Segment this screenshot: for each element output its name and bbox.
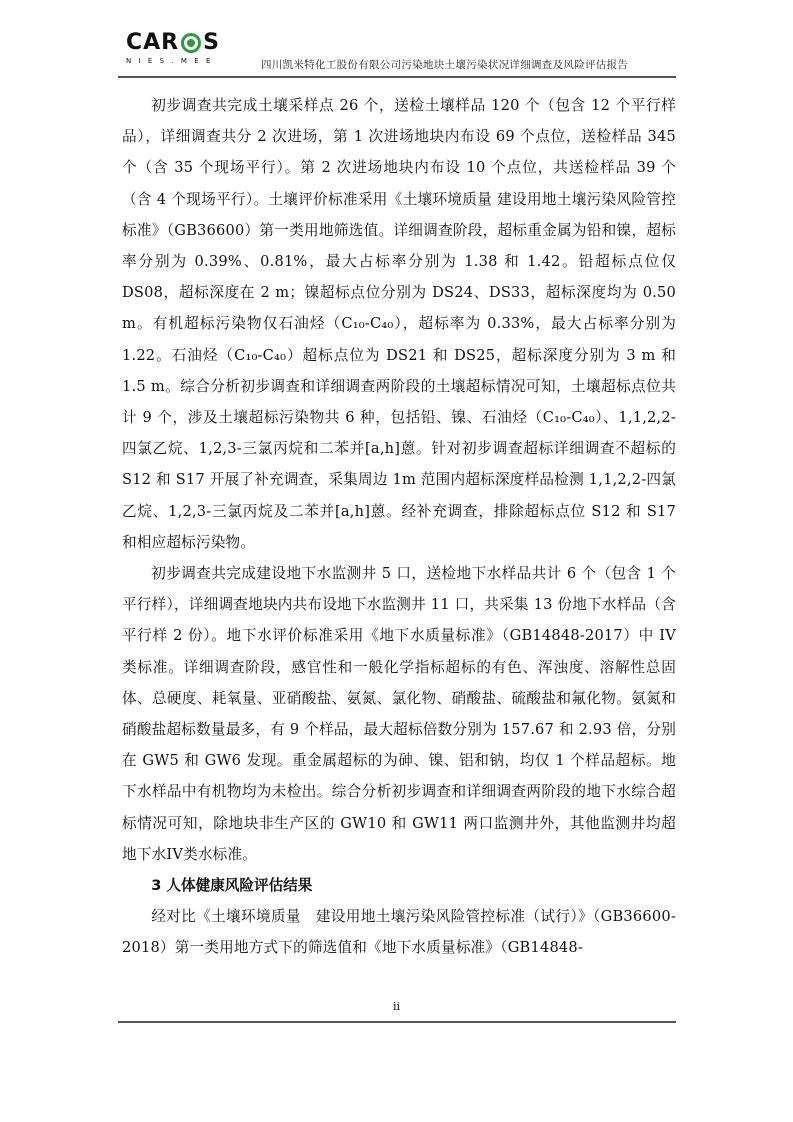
carcs-logo: CAR S NIES.MEE <box>126 32 266 72</box>
paragraph-groundwater-investigation: 初步调查共完成建设地下水监测井 5 口，送检地下水样品共计 6 个（包含 1 个… <box>122 558 676 870</box>
footer-divider <box>118 1021 676 1023</box>
paragraph-risk-assessment: 经对比《土壤环境质量 建设用地土壤污染风险管控标准（试行）》（GB36600-2… <box>122 901 676 963</box>
page-number: ii <box>0 1000 793 1013</box>
report-title: 四川凯米特化工股份有限公司污染地块土壤污染状况详细调查及风险评估报告 <box>261 57 628 72</box>
page-header: CAR S NIES.MEE 四川凯米特化工股份有限公司污染地块土壤污染状况详细… <box>118 30 678 74</box>
paragraph-soil-investigation: 初步调查共完成土壤采样点 26 个，送检土壤样品 120 个（包含 12 个平行… <box>122 90 676 558</box>
logo-text-right: S <box>203 32 220 54</box>
logo-text-left: CAR <box>126 32 179 54</box>
logo-wordmark: CAR S <box>126 32 266 54</box>
section-heading: 3 人体健康风险评估结果 <box>122 870 676 901</box>
document-body: 初步调查共完成土壤采样点 26 个，送检土壤样品 120 个（包含 12 个平行… <box>122 90 676 964</box>
header-divider <box>118 76 676 78</box>
logo-subtitle: NIES.MEE <box>126 57 266 65</box>
logo-ring-icon <box>181 33 201 53</box>
